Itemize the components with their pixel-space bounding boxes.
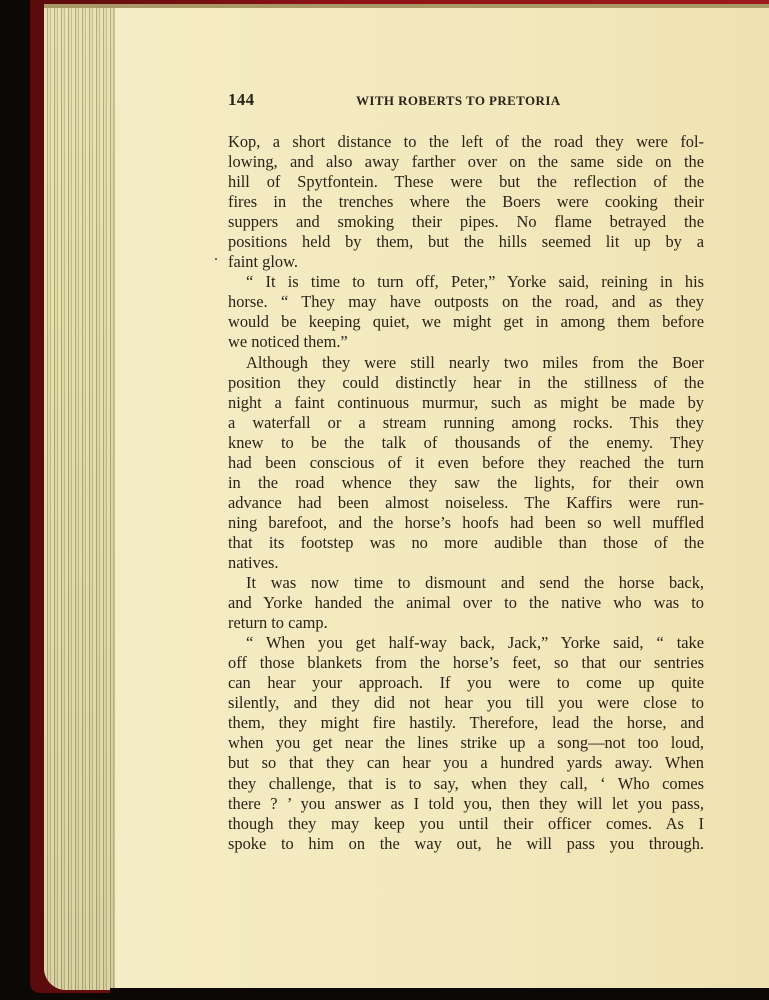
text-line: we noticed them.” [228, 332, 704, 352]
page-number: 144 [228, 90, 254, 110]
text-line: faint glow. [228, 252, 704, 272]
text-line: and Yorke handed the animal over to the … [228, 593, 704, 613]
text-line: them, they might fire hastily. Therefore… [228, 713, 704, 733]
text-line: ning barefoot, and the horse’s hoofs had… [228, 513, 704, 533]
page-top-edge [44, 4, 769, 8]
page-text-area: 144 WITH ROBERTS TO PRETORIA Kop, a shor… [228, 88, 704, 854]
running-title: WITH ROBERTS TO PRETORIA [356, 93, 561, 109]
text-line: in the road whence they saw the lights, … [228, 473, 704, 493]
text-line: natives. [228, 553, 704, 573]
text-line: they challenge, that is to say, when the… [228, 774, 704, 794]
body-text: Kop, a short distance to the left of the… [228, 132, 704, 854]
text-line: silently, and they did not hear you till… [228, 693, 704, 713]
text-line: “ It is time to turn off, Peter,” Yorke … [228, 272, 704, 292]
paper-speck [215, 258, 217, 260]
book-photo: 144 WITH ROBERTS TO PRETORIA Kop, a shor… [0, 0, 769, 1000]
text-line: off those blankets from the horse’s feet… [228, 653, 704, 673]
text-line: position they could distinctly hear in t… [228, 373, 704, 393]
text-line: can hear your approach. If you were to c… [228, 673, 704, 693]
text-line: Kop, a short distance to the left of the… [228, 132, 704, 152]
text-line: advance had been almost noiseless. The K… [228, 493, 704, 513]
text-line: hill of Spytfontein. These were but the … [228, 172, 704, 192]
text-line: positions held by them, but the hills se… [228, 232, 704, 252]
text-line: “ When you get half-way back, Jack,” Yor… [228, 633, 704, 653]
text-line: lowing, and also away farther over on th… [228, 152, 704, 172]
running-head: 144 WITH ROBERTS TO PRETORIA [228, 88, 704, 112]
table-surface [110, 988, 769, 1000]
text-line: that its footstep was no more audible th… [228, 533, 704, 553]
text-line: would be keeping quiet, we might get in … [228, 312, 704, 332]
text-line: had been conscious of it even before the… [228, 453, 704, 473]
text-line: though they may keep you until their off… [228, 814, 704, 834]
text-line: suppers and smoking their pipes. No flam… [228, 212, 704, 232]
text-line: but so that they can hear you a hundred … [228, 753, 704, 773]
text-line: a waterfall or a stream running among ro… [228, 413, 704, 433]
text-line: It was now time to dismount and send the… [228, 573, 704, 593]
text-line: when you get near the lines strike up a … [228, 733, 704, 753]
text-line: knew to be the talk of thousands of the … [228, 433, 704, 453]
text-line: there ? ’ you answer as I told you, then… [228, 794, 704, 814]
text-line: spoke to him on the way out, he will pas… [228, 834, 704, 854]
text-line: return to camp. [228, 613, 704, 633]
text-line: fires in the trenches where the Boers we… [228, 192, 704, 212]
text-line: horse. “ They may have outposts on the r… [228, 292, 704, 312]
page-fore-edge [44, 4, 115, 990]
text-line: night a faint continuous murmur, such as… [228, 393, 704, 413]
text-line: Although they were still nearly two mile… [228, 353, 704, 373]
